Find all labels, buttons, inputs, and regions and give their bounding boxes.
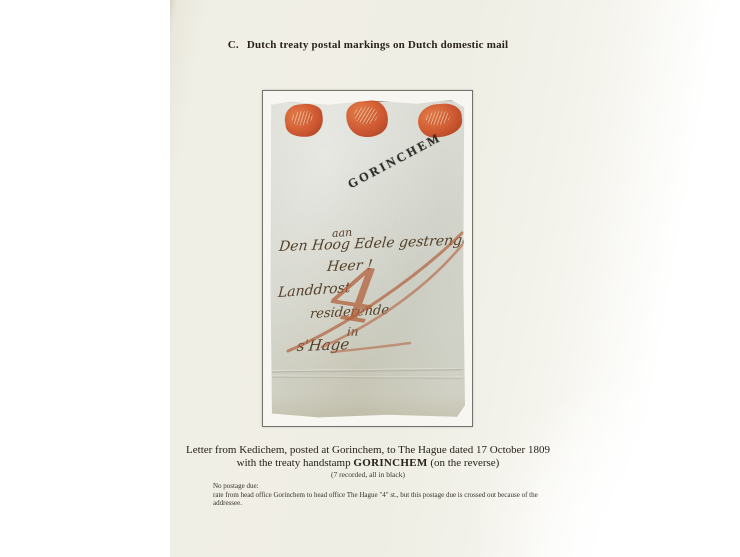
- rate-note-line-3: addressee.: [213, 499, 543, 508]
- caption-line-3: (7 recorded, all in black): [168, 470, 568, 479]
- caption-line-2-pre: with the treaty handstamp: [237, 457, 354, 469]
- letter-cover: GORINCHEM aan Den Hoog Edele gestrenge H…: [270, 99, 465, 418]
- caption-handstamp-name: GORINCHEM: [353, 457, 427, 469]
- exhibit-scan: C.Dutch treaty postal markings on Dutch …: [0, 0, 740, 557]
- rate-note-line-1: No postage due:: [213, 482, 543, 491]
- cover-photo-frame: GORINCHEM aan Den Hoog Edele gestrenge H…: [262, 90, 473, 427]
- crossout-strokes: [270, 99, 465, 418]
- page-title-text: Dutch treaty postal markings on Dutch do…: [247, 39, 508, 51]
- section-letter: C.: [228, 39, 239, 51]
- caption-line-2: with the treaty handstamp GORINCHEM (on …: [168, 457, 568, 469]
- caption-line-2-post: (on the reverse): [428, 457, 500, 469]
- rate-note-line-2: rate from head office Gorinchem to head …: [213, 491, 543, 500]
- rate-notes: No postage due: rate from head office Go…: [213, 482, 543, 508]
- page-title: C.Dutch treaty postal markings on Dutch …: [168, 39, 568, 51]
- caption-line-1: Letter from Kedichem, posted at Gorinche…: [168, 444, 568, 456]
